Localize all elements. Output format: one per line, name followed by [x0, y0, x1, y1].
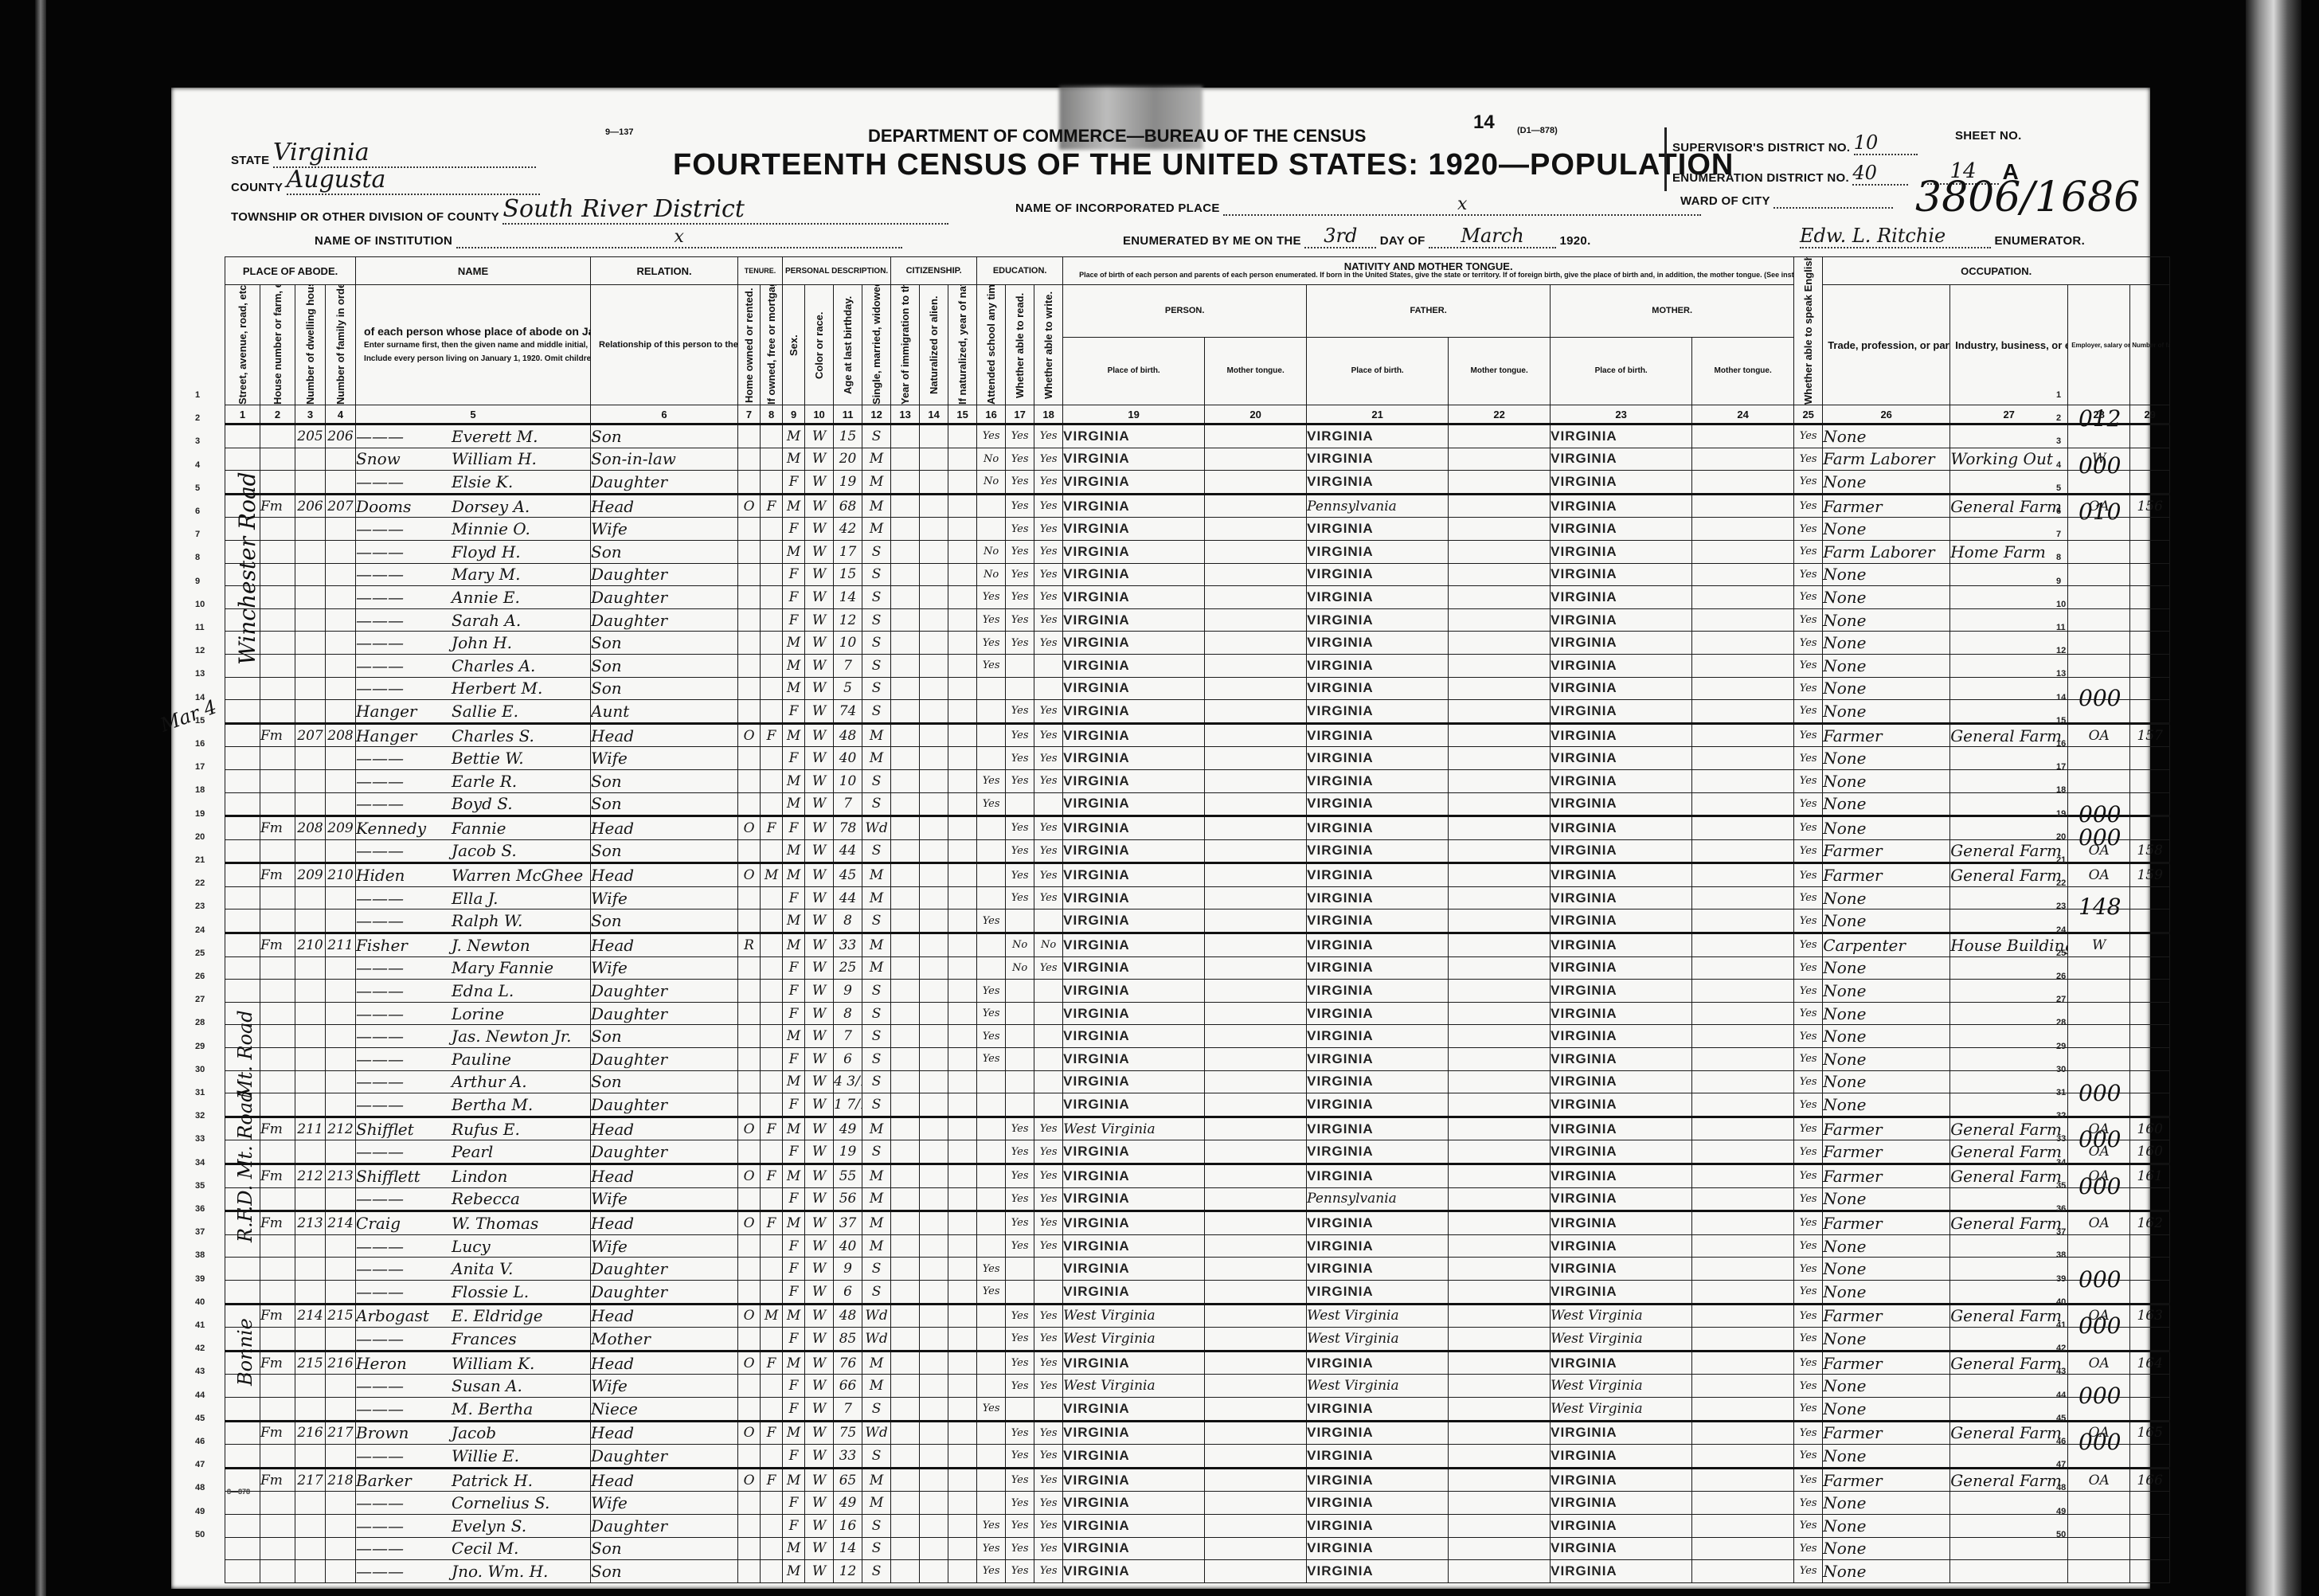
cell-race: W — [805, 632, 834, 655]
cell-birth: VIRGINIA — [1063, 792, 1205, 816]
table-row: ———RebeccaWifeFW56MYesYesVIRGINIAPennsyl… — [225, 1187, 2170, 1211]
cell-read: Yes — [1006, 1117, 1034, 1140]
cell-natyr — [948, 1514, 977, 1537]
cell-sex: F — [783, 1048, 805, 1071]
cell-race: W — [805, 1537, 834, 1560]
cell-free — [761, 933, 783, 957]
cell-relation: Head — [591, 1211, 738, 1235]
cell-nat — [920, 723, 948, 747]
cell-mtongue — [1692, 909, 1794, 933]
line-number-left: 8 — [195, 553, 200, 562]
cell-own — [738, 792, 761, 816]
cell-dwelling — [295, 747, 326, 770]
cell-nat — [920, 1093, 948, 1117]
cell-write: No — [1034, 933, 1063, 957]
cell-race: W — [805, 909, 834, 933]
cell-family — [326, 1445, 356, 1469]
cell-age: 14 — [834, 1537, 862, 1560]
table-row: ———Evelyn S.DaughterFW16SYesYesYesVIRGIN… — [225, 1514, 2170, 1537]
cell-race: W — [805, 1258, 834, 1281]
cell-relation: Wife — [591, 518, 738, 541]
cell-write — [1034, 1025, 1063, 1048]
cell-natyr — [948, 886, 977, 909]
cell-marital: Wd — [862, 1304, 891, 1328]
cell-age: 5 — [834, 677, 862, 700]
cell-farm-no — [2130, 632, 2170, 655]
occupation-code: 000 — [2078, 1080, 2121, 1106]
cell-imm — [891, 1280, 920, 1304]
cell-natyr — [948, 1445, 977, 1469]
cell-trade: None — [1823, 980, 1950, 1003]
cell-nat — [920, 1140, 948, 1164]
cell-own — [738, 886, 761, 909]
table-row: ———LucyWifeFW40MYesYesVIRGINIAVIRGINIAVI… — [225, 1234, 2170, 1258]
cell-read: Yes — [1006, 1140, 1034, 1164]
cell-ftongue — [1449, 1421, 1551, 1445]
given-name: Lindon — [452, 1167, 507, 1186]
cell-family: 217 — [326, 1421, 356, 1445]
cell-class — [2068, 1048, 2130, 1071]
cell-ptongue — [1205, 747, 1307, 770]
cell-name: ———John H. — [356, 632, 591, 655]
cell-farm-no — [2130, 980, 2170, 1003]
cell-sex: M — [783, 1117, 805, 1140]
cell-farm — [260, 1514, 295, 1537]
cell-race: W — [805, 1093, 834, 1117]
cell-family — [326, 540, 356, 563]
cell-farm: Fm — [260, 723, 295, 747]
surname: ——— — [356, 1446, 452, 1465]
given-name: John H. — [452, 633, 512, 652]
cell-school — [977, 1117, 1006, 1140]
cell-industry — [1950, 700, 2068, 724]
cell-industry — [1950, 1093, 2068, 1117]
cell-age: 49 — [834, 1492, 862, 1515]
cell-mtongue — [1692, 608, 1794, 632]
given-name: Jacob — [452, 1423, 496, 1442]
cell-english: Yes — [1794, 956, 1823, 980]
group-citizenship: CITIZENSHIP. — [891, 257, 977, 285]
cell-write: Yes — [1034, 1560, 1063, 1583]
cell-street — [225, 1537, 260, 1560]
surname: Hiden — [356, 866, 452, 885]
cell-ftongue — [1449, 769, 1551, 792]
cell-street — [225, 424, 260, 448]
cell-industry — [1950, 886, 2068, 909]
cell-mtongue — [1692, 471, 1794, 495]
cell-relation: Head — [591, 1468, 738, 1492]
given-name: Charles A. — [452, 656, 535, 675]
cell-natyr — [948, 839, 977, 863]
cell-ptongue — [1205, 494, 1307, 518]
cell-imm — [891, 1258, 920, 1281]
line-number: 7 — [2056, 530, 2061, 539]
cell-sex: F — [783, 471, 805, 495]
cell-industry — [1950, 747, 2068, 770]
cell-ptongue — [1205, 1048, 1307, 1071]
table-row: ———Herbert M.SonMW5SVIRGINIAVIRGINIAVIRG… — [225, 677, 2170, 700]
cell-dwelling — [295, 1258, 326, 1281]
cell-dwelling — [295, 586, 326, 609]
line-number: 5 — [2056, 483, 2061, 493]
cell-ptongue — [1205, 769, 1307, 792]
cell-free: F — [761, 1468, 783, 1492]
cell-age: 6 — [834, 1048, 862, 1071]
cell-natyr — [948, 494, 977, 518]
cell-nat — [920, 677, 948, 700]
given-name: Lorine — [452, 1004, 504, 1023]
given-name: Edna L. — [452, 981, 514, 1000]
cell-father-birth: VIRGINIA — [1307, 1514, 1449, 1537]
surname: ——— — [356, 749, 452, 768]
cell-school: Yes — [977, 424, 1006, 448]
table-row: Fm217218BarkerPatrick H.HeadOFMW65MYesYe… — [225, 1468, 2170, 1492]
cell-ftongue — [1449, 863, 1551, 887]
cell-ptongue — [1205, 677, 1307, 700]
line-number-left: 33 — [195, 1134, 205, 1144]
cell-race: W — [805, 563, 834, 586]
cell-marital: Wd — [862, 816, 891, 840]
cell-race: W — [805, 980, 834, 1003]
cell-birth: VIRGINIA — [1063, 608, 1205, 632]
cell-own: O — [738, 863, 761, 887]
cell-ptongue — [1205, 980, 1307, 1003]
cell-ftongue — [1449, 1280, 1551, 1304]
cell-farm: Fm — [260, 1351, 295, 1375]
county-value: Augusta — [287, 166, 540, 195]
cell-race: W — [805, 1375, 834, 1398]
cell-family: 206 — [326, 424, 356, 448]
cell-street — [225, 677, 260, 700]
table-row: 205206———Everett M.SonMW15SYesYesYesVIRG… — [225, 424, 2170, 448]
cell-marital: M — [862, 933, 891, 957]
cell-trade: Farm Laborer — [1823, 540, 1950, 563]
cell-marital: M — [862, 494, 891, 518]
cell-family — [326, 700, 356, 724]
cell-marital: S — [862, 586, 891, 609]
surname: ——— — [356, 1282, 452, 1301]
cell-farm-no — [2130, 1187, 2170, 1211]
cell-birth: VIRGINIA — [1063, 723, 1205, 747]
column-number: 10 — [805, 405, 834, 424]
cell-race: W — [805, 1187, 834, 1211]
cell-industry — [1950, 677, 2068, 700]
cell-trade: None — [1823, 747, 1950, 770]
given-name: Charles S. — [452, 726, 534, 745]
cell-dwelling — [295, 677, 326, 700]
given-name: Pearl — [452, 1142, 493, 1161]
cell-read: Yes — [1006, 1234, 1034, 1258]
cell-trade: None — [1823, 471, 1950, 495]
cell-imm — [891, 518, 920, 541]
cell-free — [761, 1140, 783, 1164]
cell-free: F — [761, 1211, 783, 1235]
cell-ptongue — [1205, 1002, 1307, 1025]
cell-birth: VIRGINIA — [1063, 654, 1205, 677]
cell-read: Yes — [1006, 1560, 1034, 1583]
cell-sex: F — [783, 886, 805, 909]
cell-industry — [1950, 1070, 2068, 1093]
cell-ftongue — [1449, 1492, 1551, 1515]
table-row: Fm211212ShiffletRufus E.HeadOFMW49MYesYe… — [225, 1117, 2170, 1140]
cell-dwelling: 212 — [295, 1164, 326, 1188]
table-row: ———Sarah A.DaughterFW12SYesYesYesVIRGINI… — [225, 608, 2170, 632]
cell-english: Yes — [1794, 1304, 1823, 1328]
cell-mother-birth: VIRGINIA — [1551, 1025, 1692, 1048]
cell-read: Yes — [1006, 1187, 1034, 1211]
surname: ——— — [356, 611, 452, 630]
cell-dwelling: 207 — [295, 723, 326, 747]
surname: Shifflet — [356, 1120, 452, 1139]
cell-birth: VIRGINIA — [1063, 1070, 1205, 1093]
given-name: Evelyn S. — [452, 1516, 526, 1535]
cell-trade: Farmer — [1823, 1351, 1950, 1375]
table-row: Fm209210HidenWarren McGheeHeadOMMW45MYes… — [225, 863, 2170, 887]
cell-industry — [1950, 632, 2068, 655]
cell-farm-no: 165 — [2130, 1421, 2170, 1445]
cell-industry — [1950, 792, 2068, 816]
cell-mtongue — [1692, 956, 1794, 980]
cell-sex: F — [783, 1187, 805, 1211]
page-title: FOURTEENTH CENSUS OF THE UNITED STATES: … — [673, 148, 1734, 182]
cell-write — [1034, 909, 1063, 933]
cell-farm-no — [2130, 608, 2170, 632]
cell-ftongue — [1449, 1468, 1551, 1492]
cell-write: Yes — [1034, 632, 1063, 655]
header-mother-birthplace: Place of birth. — [1551, 337, 1692, 405]
cell-farm — [260, 1280, 295, 1304]
cell-english: Yes — [1794, 1258, 1823, 1281]
surname: ——— — [356, 1329, 452, 1348]
cell-class — [2068, 563, 2130, 586]
cell-sex: M — [783, 1164, 805, 1188]
line-number-left: 42 — [195, 1344, 205, 1353]
cell-trade: None — [1823, 677, 1950, 700]
cell-race: W — [805, 700, 834, 724]
cell-write: Yes — [1034, 1375, 1063, 1398]
cell-class — [2068, 1492, 2130, 1515]
cell-industry — [1950, 1514, 2068, 1537]
cell-mtongue — [1692, 839, 1794, 863]
cell-natyr — [948, 1140, 977, 1164]
cell-relation: Wife — [591, 1375, 738, 1398]
cell-school: Yes — [977, 792, 1006, 816]
cell-ftongue — [1449, 1164, 1551, 1188]
cell-industry — [1950, 1537, 2068, 1560]
cell-birth: VIRGINIA — [1063, 839, 1205, 863]
header-immigration-year: Year of immigration to the United States… — [891, 285, 920, 405]
cell-english: Yes — [1794, 886, 1823, 909]
cell-sex: F — [783, 1280, 805, 1304]
cell-trade: None — [1823, 792, 1950, 816]
county-field: COUNTY Augusta — [231, 166, 540, 195]
header-read: Whether able to read. — [1006, 285, 1034, 405]
given-name: Anita V. — [452, 1259, 513, 1278]
cell-own: R — [738, 933, 761, 957]
cell-english: Yes — [1794, 448, 1823, 471]
cell-ftongue — [1449, 1514, 1551, 1537]
cell-school — [977, 1211, 1006, 1235]
film-edge-left — [35, 0, 46, 1596]
cell-ftongue — [1449, 1048, 1551, 1071]
cell-mtongue — [1692, 1187, 1794, 1211]
column-number: 22 — [1449, 405, 1551, 424]
incorporated-place-label: NAME OF INCORPORATED PLACE — [1015, 201, 1220, 215]
line-number: 28 — [2056, 1018, 2066, 1027]
line-number: 17 — [2056, 762, 2066, 772]
cell-mtongue — [1692, 1002, 1794, 1025]
cell-age: 74 — [834, 700, 862, 724]
cell-age: 12 — [834, 1560, 862, 1583]
column-number: 18 — [1034, 405, 1063, 424]
header-school: Attended school any time since Sept. 1, … — [977, 285, 1006, 405]
surname: Shifflett — [356, 1167, 452, 1186]
cell-father-birth: VIRGINIA — [1307, 1492, 1449, 1515]
cell-race: W — [805, 586, 834, 609]
cell-age: 7 — [834, 1025, 862, 1048]
cell-birth: VIRGINIA — [1063, 1280, 1205, 1304]
surname: ——— — [356, 472, 452, 491]
cell-write: Yes — [1034, 863, 1063, 887]
cell-farm-no: 158 — [2130, 839, 2170, 863]
cell-industry — [1950, 1025, 2068, 1048]
cell-own — [738, 1445, 761, 1469]
line-number: 8 — [2056, 553, 2061, 562]
occupation-code: 000 — [2078, 1312, 2121, 1339]
cell-race: W — [805, 1351, 834, 1375]
cell-farm — [260, 1187, 295, 1211]
cell-ftongue — [1449, 1025, 1551, 1048]
cell-dwelling — [295, 1187, 326, 1211]
cell-imm — [891, 540, 920, 563]
cell-nat — [920, 816, 948, 840]
cell-sex: M — [783, 1070, 805, 1093]
cell-race: W — [805, 518, 834, 541]
cell-race: W — [805, 1492, 834, 1515]
cell-family — [326, 1537, 356, 1560]
cell-free — [761, 769, 783, 792]
cell-race: W — [805, 886, 834, 909]
cell-natyr — [948, 723, 977, 747]
cell-free: F — [761, 1117, 783, 1140]
cell-mtongue — [1692, 886, 1794, 909]
line-number: 22 — [2056, 878, 2066, 888]
cell-school: Yes — [977, 1025, 1006, 1048]
cell-relation: Daughter — [591, 563, 738, 586]
line-number-left: 23 — [195, 902, 205, 911]
cell-relation: Head — [591, 1117, 738, 1140]
cell-mother-birth: VIRGINIA — [1551, 1514, 1692, 1537]
cell-ptongue — [1205, 1211, 1307, 1235]
cell-school — [977, 723, 1006, 747]
cell-ftongue — [1449, 1328, 1551, 1352]
cell-english: Yes — [1794, 1514, 1823, 1537]
footer-code: 8—878 — [227, 1488, 250, 1496]
line-number: 19 — [2056, 809, 2066, 819]
table-row: ———Annie E.DaughterFW14SYesYesYesVIRGINI… — [225, 586, 2170, 609]
given-name: Mary Fannie — [452, 958, 553, 977]
header-sex: Sex. — [783, 285, 805, 405]
cell-sex: M — [783, 1351, 805, 1375]
cell-read: Yes — [1006, 1351, 1034, 1375]
cell-mtongue — [1692, 863, 1794, 887]
cell-natyr — [948, 1397, 977, 1421]
line-number-left: 15 — [195, 716, 205, 726]
cell-mtongue — [1692, 1280, 1794, 1304]
cell-trade: None — [1823, 1187, 1950, 1211]
cell-own — [738, 1375, 761, 1398]
cell-family — [326, 792, 356, 816]
cell-nat — [920, 1002, 948, 1025]
cell-own — [738, 1514, 761, 1537]
cell-father-birth: West Virginia — [1307, 1328, 1449, 1352]
cell-dwelling: 206 — [295, 494, 326, 518]
group-education: EDUCATION. — [977, 257, 1063, 285]
cell-relation: Daughter — [591, 1280, 738, 1304]
cell-relation: Daughter — [591, 1093, 738, 1117]
line-number: 47 — [2056, 1460, 2066, 1469]
surname: ——— — [356, 633, 452, 652]
cell-ptongue — [1205, 1560, 1307, 1583]
cell-english: Yes — [1794, 677, 1823, 700]
surname: ——— — [356, 1004, 452, 1023]
surname: ——— — [356, 656, 452, 675]
cell-write: Yes — [1034, 816, 1063, 840]
cell-mother-birth: VIRGINIA — [1551, 839, 1692, 863]
cell-trade: None — [1823, 816, 1950, 840]
cell-school: Yes — [977, 1560, 1006, 1583]
cell-marital: S — [862, 909, 891, 933]
cell-industry — [1950, 586, 2068, 609]
cell-trade: None — [1823, 886, 1950, 909]
occupation-code: 000 — [2078, 801, 2121, 827]
cell-family — [326, 839, 356, 863]
cell-birth: VIRGINIA — [1063, 747, 1205, 770]
cell-write: Yes — [1034, 1187, 1063, 1211]
cell-birth: VIRGINIA — [1063, 816, 1205, 840]
cell-dwelling — [295, 700, 326, 724]
line-number: 14 — [2056, 693, 2066, 702]
cell-mother-birth: West Virginia — [1551, 1304, 1692, 1328]
cell-marital: S — [862, 1280, 891, 1304]
cell-race: W — [805, 424, 834, 448]
cell-marital: S — [862, 677, 891, 700]
cell-own: O — [738, 723, 761, 747]
cell-father-birth: VIRGINIA — [1307, 1421, 1449, 1445]
table-row: Fm212213ShifflettLindonHeadOFMW55MYesYes… — [225, 1164, 2170, 1188]
cell-marital: M — [862, 1351, 891, 1375]
cell-father-birth: VIRGINIA — [1307, 956, 1449, 980]
cell-farm-no — [2130, 677, 2170, 700]
cell-class — [2068, 654, 2130, 677]
cell-own — [738, 608, 761, 632]
cell-ptongue — [1205, 1070, 1307, 1093]
cell-nat — [920, 1351, 948, 1375]
cell-school — [977, 1328, 1006, 1352]
sheet-stamp-code: (D1—878) — [1517, 126, 1558, 135]
given-name: Patrick H. — [452, 1471, 533, 1490]
cell-school: Yes — [977, 586, 1006, 609]
cell-class: OA — [2068, 1351, 2130, 1375]
cell-marital: S — [862, 1560, 891, 1583]
cell-imm — [891, 1140, 920, 1164]
cell-name: ———Herbert M. — [356, 677, 591, 700]
cell-ftongue — [1449, 448, 1551, 471]
cell-write: Yes — [1034, 956, 1063, 980]
cell-mtongue — [1692, 1351, 1794, 1375]
cell-name: ShifflettLindon — [356, 1164, 591, 1188]
cell-race: W — [805, 1002, 834, 1025]
